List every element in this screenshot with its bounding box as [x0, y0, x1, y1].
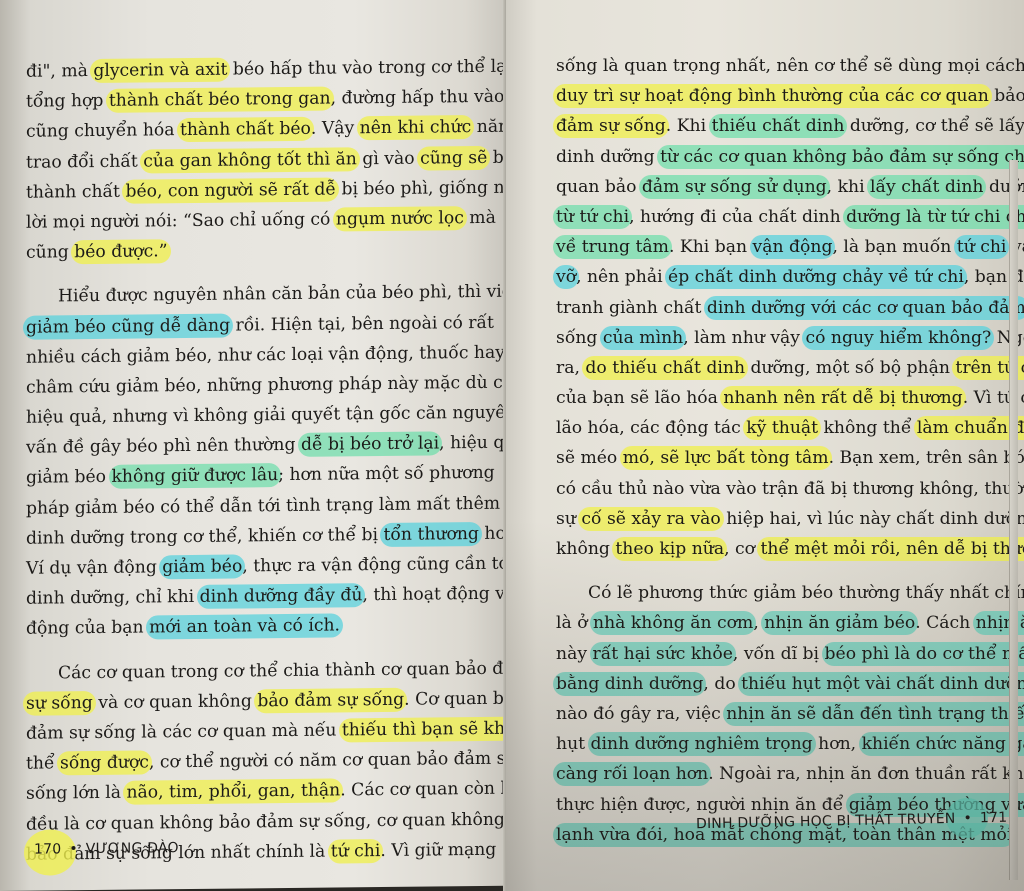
text-segment: béo hấp thu vào trong cơ thể lại [227, 57, 506, 80]
highlighted-text-teal: dinh dưỡng nghiêm trọng [588, 732, 816, 756]
text-segment: hơn, [813, 734, 862, 754]
text-segment: giảm béo [26, 467, 112, 488]
highlighted-text-blue: vận động [750, 235, 836, 259]
text-segment: bảo [989, 86, 1024, 106]
highlighted-text-blue: của mình [600, 326, 686, 350]
text-line: Có lẽ phương thức giảm béo thường thấy n… [556, 578, 998, 608]
text-line: châm cứu giảm béo, những phương pháp này… [26, 368, 474, 403]
text-segment: . Bạn xem, trên sân bóng đá, [829, 448, 1024, 468]
text-segment: này [556, 644, 593, 664]
text-segment: năng [471, 117, 506, 138]
highlighted-text-yellow: theo kịp nữa [612, 537, 727, 561]
left-page-footer: 170•VƯƠNG ĐÀO [34, 840, 179, 858]
text-line: tranh giành chất dinh dưỡng với các cơ q… [556, 293, 998, 323]
text-segment: đảm sự sống là các cơ quan mà nếu [26, 720, 342, 743]
text-segment: . Các cơ quan còn lại [340, 779, 506, 801]
text-line: đều là cơ quan không bảo đảm sự sống, cơ… [26, 805, 474, 840]
text-line: càng rối loạn hơn. Ngoài ra, nhịn ăn đơn… [556, 759, 998, 789]
highlighted-text-yellow: sự sống [23, 691, 96, 716]
text-line: dinh dưỡng từ các cơ quan không bảo đảm … [556, 142, 998, 172]
text-segment: và cơ quan không [93, 691, 258, 713]
highlighted-text-yellow: thiếu thì bạn sẽ không [339, 716, 506, 742]
text-line: thành chất béo, con người sẽ rất dễ bị b… [26, 173, 474, 208]
left-page-body: đi", mà glycerin và axit béo hấp thu vào… [26, 52, 474, 870]
text-segment: . Cơ quan bảo [404, 688, 506, 709]
text-line: này rất hại sức khỏe, vốn dĩ bị béo phì … [556, 639, 998, 669]
text-line: trao đổi chất của gan không tốt thì ăn g… [26, 143, 474, 178]
text-segment: . Ngoài ra, nhịn ăn đơn thuần rất khó [708, 764, 1024, 784]
footer-bullet: • [963, 810, 972, 826]
text-line: lão hóa, các động tác kỹ thuật không thể… [556, 413, 998, 443]
text-segment: Ví dụ vận động [26, 557, 162, 578]
highlighted-text-blue: dinh dưỡng với các cơ quan bảo đảm [704, 296, 1024, 320]
highlighted-text-green: thiếu chất dinh [709, 114, 848, 138]
highlighted-text-teal: rất hại sức khỏe [590, 642, 736, 666]
text-segment: không thể [818, 418, 917, 438]
text-segment: đi", mà [26, 61, 93, 82]
text-segment: . Khi bạn [669, 237, 753, 257]
text-line: hiệu quả, nhưng vì không giải quyết tận … [26, 398, 474, 433]
text-line: Hiểu được nguyên nhân căn bản của béo ph… [26, 277, 474, 312]
text-line: nhiều cách giảm béo, như các loại vận độ… [26, 338, 474, 373]
text-line: là ở nhà không ăn cơm, nhịn ăn giảm béo.… [556, 608, 998, 638]
text-segment: dinh dưỡng [556, 147, 660, 167]
text-segment: tổng hợp [26, 91, 109, 112]
highlighted-text-teal: bằng dinh dưỡng [553, 672, 706, 696]
highlighted-text-green: từ các cơ quan không bảo đảm sự sống cho [657, 145, 1024, 169]
highlighted-text-yellow: ngụm nước lọc [333, 206, 467, 231]
text-line: nào đó gây ra, việc nhịn ăn sẽ dẫn đến t… [556, 699, 998, 729]
text-segment: sống [556, 328, 603, 348]
text-line: sẽ méo mó, sẽ lực bất tòng tâm. Bạn xem,… [556, 443, 998, 473]
highlighted-text-green: dễ bị béo trở lại [298, 432, 442, 458]
highlighted-text-yellow: đảm sự sống [553, 114, 669, 138]
text-segment: nhiều cách giảm béo, như các loại vận độ… [26, 342, 505, 367]
text-segment: , nên phải [576, 267, 668, 287]
text-line: của bạn sẽ lão hóa nhanh nên rất dễ bị t… [556, 383, 998, 413]
left-page: đi", mà glycerin và axit béo hấp thu vào… [0, 0, 506, 891]
text-segment: sẽ méo [556, 448, 623, 468]
highlighted-text-yellow: nhanh nên rất dễ bị thương [720, 386, 965, 410]
text-line: tổng hợp thành chất béo trong gan, đường… [26, 82, 474, 117]
text-line: sống của mình, làm như vậy có nguy hiểm … [556, 323, 998, 353]
highlighted-text-blue: giảm béo [159, 554, 245, 579]
highlighted-text-yellow: não, tim, phổi, gan, thận [123, 779, 343, 805]
highlighted-text-teal: càng rối loạn hơn [553, 762, 711, 786]
text-segment: châm cứu giảm béo, những phương pháp này… [26, 373, 506, 398]
text-line: hụt dinh dưỡng nghiêm trọng hơn, khiến c… [556, 729, 998, 759]
text-segment: thực hiện được, người nhịn ăn để [556, 795, 849, 815]
highlighted-text-blue: có nguy hiểm không? [802, 326, 994, 350]
text-segment: ; hơn nữa một số phương [278, 463, 494, 485]
text-segment: , cơ [724, 539, 760, 559]
right-page-body: sống là quan trọng nhất, nên cơ thể sẽ d… [556, 51, 998, 850]
text-segment: Các cơ quan trong cơ thể chia thành cơ q… [58, 658, 506, 683]
highlighted-text-yellow: béo được.” [71, 239, 170, 264]
text-line: Các cơ quan trong cơ thể chia thành cơ q… [26, 654, 474, 689]
highlighted-text-blue: mới an toàn và có ích. [146, 614, 343, 640]
text-line: giảm béo không giữ được lâu; hơn nữa một… [26, 458, 474, 493]
highlighted-text-yellow: thể mệt mỏi rồi, nên dễ bị thương. [757, 537, 1024, 561]
highlighted-text-green: về trung tâm [553, 235, 672, 259]
text-segment: , thì hoạt động vận [362, 584, 506, 606]
highlighted-text-teal: nhà không ăn cơm [590, 611, 756, 635]
text-segment: bị béo phì, giống như [336, 177, 506, 199]
text-segment: thể [26, 753, 60, 773]
text-line: pháp giảm béo có thể dẫn tới tình trạng … [26, 489, 474, 524]
text-segment: Có lẽ phương thức giảm béo thường thấy n… [588, 583, 1024, 603]
highlighted-text-yellow: làm chuẩn được [914, 416, 1024, 440]
text-line: vấn đề gây béo phì nên thường dễ bị béo … [26, 428, 474, 463]
text-line: bằng dinh dưỡng, do thiếu hụt một vài ch… [556, 669, 998, 699]
text-line: vỡ, nên phải ép chất dinh dưỡng chảy về … [556, 262, 998, 292]
text-line: Ví dụ vận động giảm béo, thực ra vận độn… [26, 549, 474, 584]
highlighted-text-yellow: tứ chi [328, 839, 384, 864]
text-segment: của bạn sẽ lão hóa [556, 388, 723, 408]
text-line: lời mọi người nói: “Sao chỉ uống có ngụm… [26, 203, 474, 238]
text-segment: trao đổi chất [26, 151, 143, 172]
highlighted-text-green: không giữ được lâu [109, 463, 282, 489]
highlighted-text-yellow: của gan không tốt thì ăn [140, 147, 360, 173]
text-segment: , thực ra vận động cũng cần tới [242, 554, 506, 577]
text-segment: sống là quan trọng nhất, nên cơ thể sẽ d… [556, 56, 1024, 76]
text-segment: dưỡng, một số bộ phận [745, 358, 955, 378]
highlighted-text-green: lấy chất dinh [867, 175, 986, 199]
text-line: đảm sự sống là các cơ quan mà nếu thiếu … [26, 714, 474, 749]
text-line: sự sống và cơ quan không bảo đảm sự sống… [26, 684, 474, 719]
page-number: 170 [34, 841, 61, 857]
text-segment: tranh giành chất [556, 298, 707, 318]
text-segment: , hướng đi của chất dinh [629, 207, 846, 227]
highlighted-text-teal: nhịn ăn sẽ dẫn đến tình trạng thiếu [723, 702, 1024, 726]
text-segment: cũng chuyển hóa [26, 120, 180, 142]
highlighted-text-yellow: do thiếu chất dinh [582, 356, 748, 380]
text-line: cũng béo được.” [26, 233, 474, 268]
text-segment: ra, [556, 358, 585, 378]
text-segment: hơn. [479, 523, 506, 543]
text-segment: vấn đề gây béo phì nên thường [26, 435, 301, 458]
text-line: dinh dưỡng trong cơ thể, khiến cơ thể bị… [26, 519, 474, 554]
page-edge [1009, 160, 1018, 880]
text-segment: động của bạn [26, 618, 149, 639]
text-line: dinh dưỡng, chỉ khi dinh dưỡng đầy đủ, t… [26, 579, 474, 614]
text-line: sống là quan trọng nhất, nên cơ thể sẽ d… [556, 51, 998, 81]
highlighted-text-yellow: béo, con người sẽ rất dễ [122, 177, 339, 203]
text-segment: không [556, 539, 615, 559]
text-segment: , do [703, 674, 741, 694]
highlighted-text-yellow: sống được [57, 751, 152, 776]
footer-bullet: • [69, 841, 77, 857]
text-segment: Hiểu được nguyên nhân căn bản của béo ph… [58, 282, 506, 307]
highlighted-text-blue: giảm béo cũng dễ dàng [23, 313, 233, 339]
highlighted-text-yellow: nên khi chức [357, 115, 475, 140]
text-segment: , đường hấp thu vào [331, 87, 505, 109]
text-line: đảm sự sống. Khi thiếu chất dinh dưỡng, … [556, 111, 998, 141]
text-segment: . Vì giữ mạng [380, 839, 496, 860]
highlighted-text-blue: ép chất dinh dưỡng chảy về tứ chi [665, 265, 967, 289]
text-segment: dinh dưỡng, chỉ khi [26, 587, 200, 609]
text-segment: nào đó gây ra, việc [556, 704, 726, 724]
highlighted-text-yellow: bảo đảm sự sống [254, 687, 407, 713]
highlighted-text-yellow: cũng sẽ [417, 145, 490, 170]
highlighted-text-blue: tứ chi [954, 235, 1010, 259]
right-page: sống là quan trọng nhất, nên cơ thể sẽ d… [506, 0, 1024, 891]
page-number: 171 [980, 810, 1008, 827]
text-segment: thành chất [26, 181, 125, 202]
text-segment: , hiệu quả [439, 433, 506, 454]
text-line: quan bảo đảm sự sống sử dụng, khi lấy ch… [556, 172, 998, 202]
running-head-author: VƯƠNG ĐÀO [86, 840, 179, 857]
text-segment: đều là cơ quan không bảo đảm sự sống, cơ… [26, 809, 505, 834]
highlighted-text-blue: tổn thương [380, 522, 481, 547]
text-segment: lão hóa, các động tác [556, 418, 746, 438]
highlighted-text-yellow: mó, sẽ lực bất tòng tâm [620, 446, 832, 470]
highlighted-text-green: dưỡng là từ tứ chi chảy [843, 205, 1024, 229]
text-line: thể sống được, cơ thể người có năm cơ qu… [26, 744, 474, 779]
highlighted-text-yellow: glycerin và axit [90, 58, 230, 83]
text-segment: hiệp hai, vì lúc này chất dinh dưỡng [721, 509, 1024, 529]
text-line: về trung tâm. Khi bạn vận động, là bạn m… [556, 232, 998, 262]
highlighted-text-teal: nhịn ăn giảm béo [761, 611, 918, 635]
text-line: động của bạn mới an toàn và có ích. [26, 609, 474, 644]
text-segment: lời mọi người nói: “Sao chỉ uống có [26, 209, 336, 232]
text-line: sống lớn là não, tim, phổi, gan, thận. C… [26, 774, 474, 809]
text-segment: hiệu quả, nhưng vì không giải quyết tận … [26, 403, 506, 428]
text-segment: , là bạn muốn [832, 237, 956, 257]
text-segment: . Vậy [311, 119, 360, 140]
text-segment: quan bảo [556, 177, 642, 197]
text-line: từ tứ chi, hướng đi của chất dinh dưỡng … [556, 202, 998, 232]
text-segment: dưỡng, cơ thể sẽ lấy chất [844, 116, 1024, 136]
text-segment: có cầu thủ nào vừa vào trận đã bị thương… [556, 479, 1024, 499]
text-segment: dinh dưỡng trong cơ thể, khiến cơ thể bị [26, 525, 383, 549]
text-segment: sống lớn là [26, 783, 126, 804]
text-segment: pháp giảm béo có thể dẫn tới tình trạng … [26, 493, 506, 518]
open-book: đi", mà glycerin và axit béo hấp thu vào… [0, 0, 1024, 891]
text-segment: mà [464, 208, 496, 228]
paragraph-gap [556, 564, 998, 578]
text-segment: . Khi [666, 116, 712, 136]
text-line: có cầu thủ nào vừa vào trận đã bị thương… [556, 474, 998, 504]
text-line: cũng chuyển hóa thành chất béo. Vậy nên … [26, 112, 474, 147]
text-segment: , cơ thể người có năm cơ quan bảo đảm sự [149, 749, 506, 773]
text-line: duy trì sự hoạt động bình thường của các… [556, 81, 998, 111]
text-segment: rồi. Hiện tại, bên ngoài có rất [230, 312, 494, 335]
highlighted-text-yellow: duy trì sự hoạt động bình thường của các… [553, 84, 992, 108]
highlighted-text-green: từ tứ chi [553, 205, 632, 229]
text-line: sự cố sẽ xảy ra vào hiệp hai, vì lúc này… [556, 504, 998, 534]
highlighted-text-teal: thiếu hụt một vài chất dinh dưỡng [738, 672, 1024, 696]
text-segment: gì vào [357, 148, 420, 169]
highlighted-text-teal: béo phì là do cơ thể mất cân [822, 642, 1024, 666]
text-segment: , làm như vậy [683, 328, 805, 348]
text-segment: hụt [556, 734, 591, 754]
text-segment: cũng [26, 242, 74, 263]
highlighted-text-yellow: kỹ thuật [743, 416, 821, 440]
text-segment: , vốn dĩ bị [733, 644, 825, 664]
highlighted-text-yellow: thành chất béo [177, 117, 314, 142]
text-segment: Ngoài [991, 328, 1024, 348]
text-segment: là ở [556, 613, 593, 633]
highlighted-text-teal: khiến chức năng gan [859, 732, 1024, 756]
text-line: đi", mà glycerin và axit béo hấp thu vào… [26, 52, 474, 87]
highlighted-text-green: đảm sự sống sử dụng [639, 175, 830, 199]
text-segment: . Cách [915, 613, 975, 633]
text-line: ra, do thiếu chất dinh dưỡng, một số bộ … [556, 353, 998, 383]
highlighted-text-blue: dinh dưỡng đầy đủ [197, 583, 366, 609]
highlighted-text-yellow: thành chất béo trong gan [106, 87, 334, 113]
text-line: giảm béo cũng dễ dàng rồi. Hiện tại, bên… [26, 308, 474, 343]
text-line: không theo kịp nữa, cơ thể mệt mỏi rồi, … [556, 534, 998, 564]
text-segment: , khi [827, 177, 870, 197]
highlighted-text-yellow: cố sẽ xảy ra vào [578, 507, 723, 531]
